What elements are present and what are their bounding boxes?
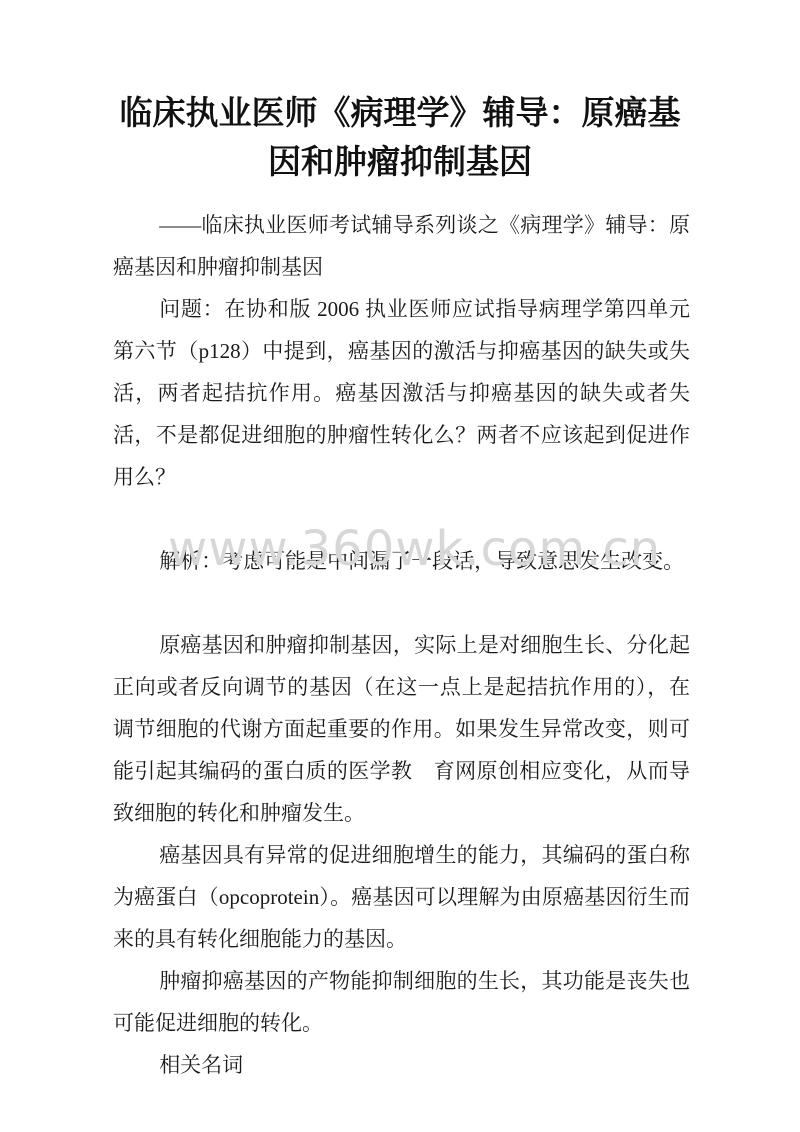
- paragraph: 问题：在协和版 2006 执业医师应试指导病理学第四单元第六节（p128）中提到…: [113, 288, 690, 498]
- paragraph: 解析：考虑可能是中间漏了一段话，导致意思发生改变。: [113, 540, 690, 582]
- document-page: 临床执业医师《病理学》辅导：原癌基因和肿瘤抑制基因 ——临床执业医师考试辅导系列…: [0, 0, 800, 1132]
- document-body: ——临床执业医师考试辅导系列谈之《病理学》辅导：原癌基因和肿瘤抑制基因问题：在协…: [113, 204, 690, 1086]
- document-title: 临床执业医师《病理学》辅导：原癌基因和肿瘤抑制基因: [0, 0, 800, 188]
- paragraph: ——临床执业医师考试辅导系列谈之《病理学》辅导：原癌基因和肿瘤抑制基因: [113, 204, 690, 288]
- paragraph: 原癌基因和肿瘤抑制基因，实际上是对细胞生长、分化起正向或者反向调节的基因（在这一…: [113, 624, 690, 834]
- paragraph: 癌基因具有异常的促进细胞增生的能力，其编码的蛋白称为癌蛋白（opcoprotei…: [113, 834, 690, 960]
- paragraph: 肿瘤抑癌基因的产物能抑制细胞的生长，其功能是丧失也可能促进细胞的转化。: [113, 960, 690, 1044]
- paragraph: [113, 498, 690, 540]
- paragraph: 相关名词: [113, 1044, 690, 1086]
- paragraph: [113, 582, 690, 624]
